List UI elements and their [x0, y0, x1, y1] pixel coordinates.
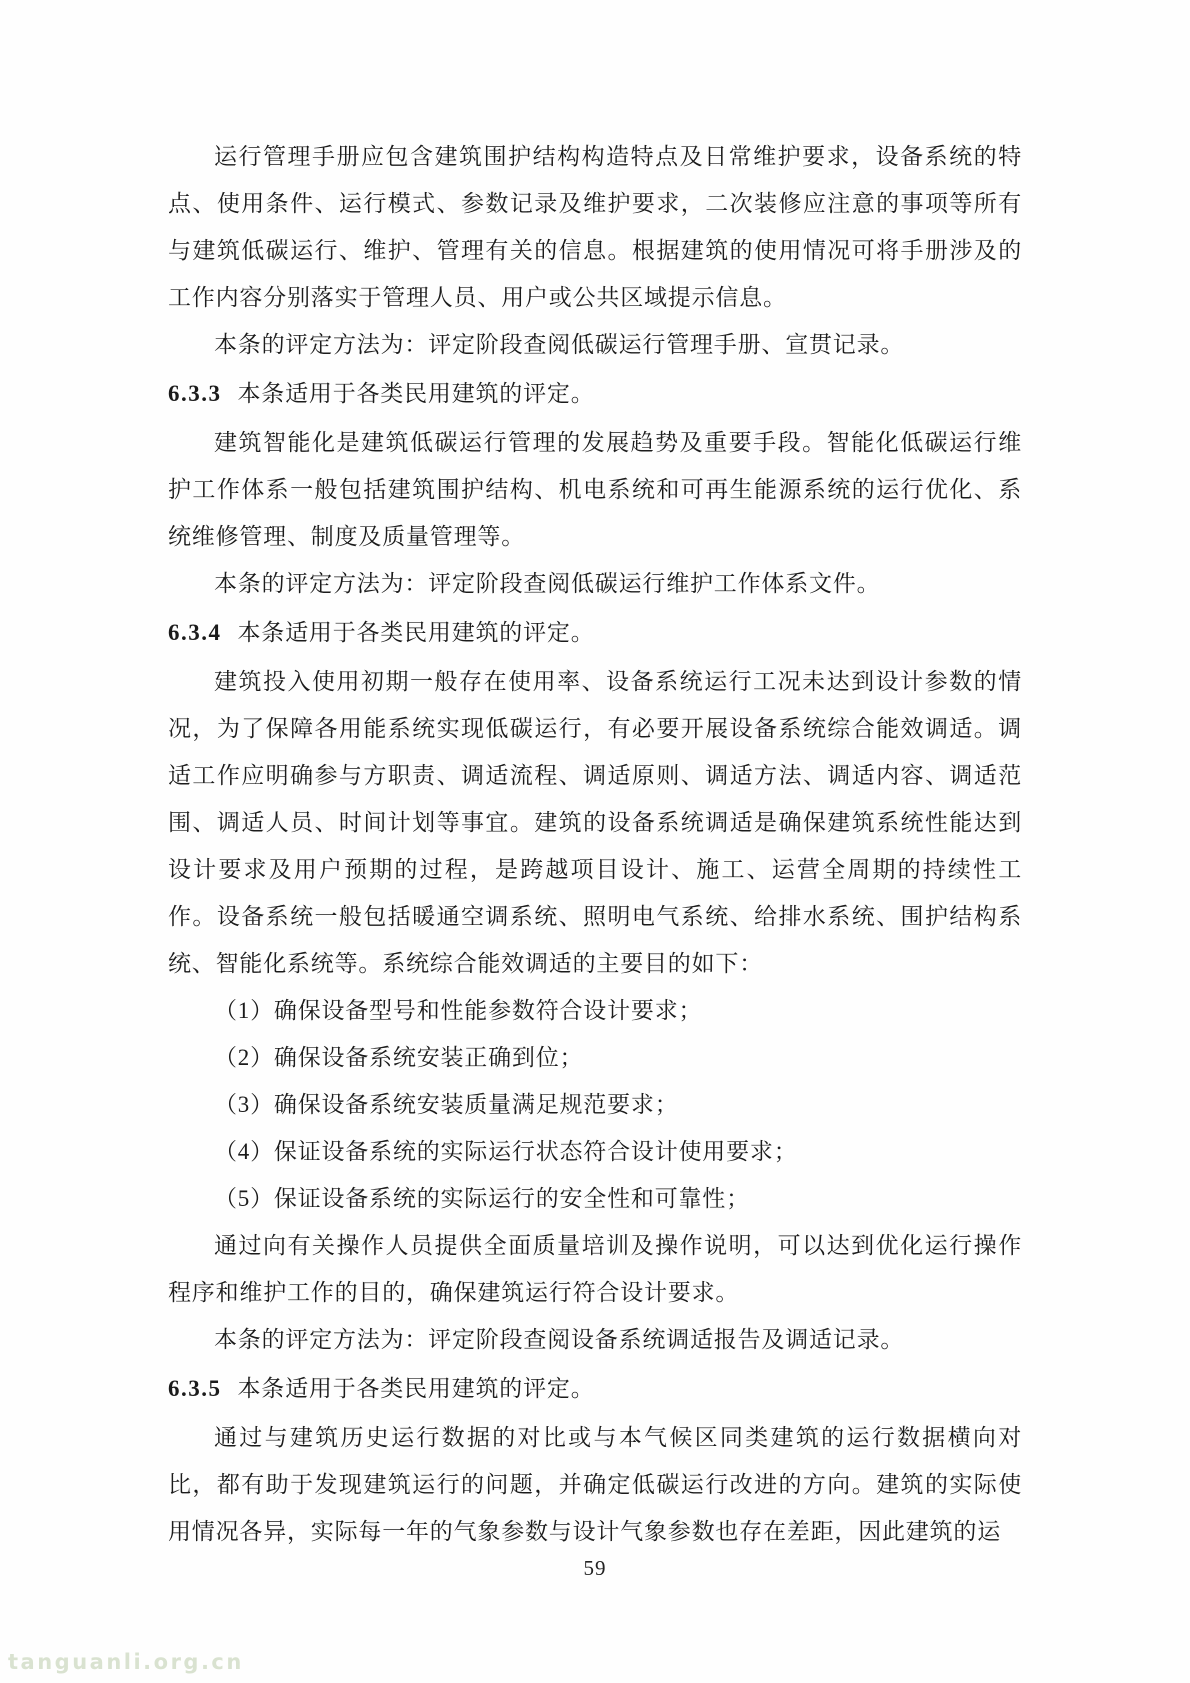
clause-heading-6-3-3: 6.3.3本条适用于各类民用建筑的评定。 — [168, 370, 1022, 417]
clause-heading-6-3-4: 6.3.4本条适用于各类民用建筑的评定。 — [168, 609, 1022, 656]
paragraph-commissioning-overview: 建筑投入使用初期一般存在使用率、设备系统运行工况未达到设计参数的情况，为了保障各… — [168, 658, 1022, 987]
list-item-4: （4）保证设备系统的实际运行状态符合设计使用要求； — [168, 1128, 1022, 1175]
list-item-5: （5）保证设备系统的实际运行的安全性和可靠性； — [168, 1175, 1022, 1222]
clause-text: 本条适用于各类民用建筑的评定。 — [238, 1376, 595, 1401]
watermark-text: tanguanli.org.cn — [8, 1650, 244, 1674]
document-body: 运行管理手册应包含建筑围护结构构造特点及日常维护要求，设备系统的特点、使用条件、… — [168, 133, 1022, 1555]
clause-number: 6.3.4 — [168, 620, 222, 645]
list-item-1: （1）确保设备型号和性能参数符合设计要求； — [168, 987, 1022, 1034]
paragraph-assessment-method-6-3-4: 本条的评定方法为：评定阶段查阅设备系统调适报告及调适记录。 — [168, 1316, 1022, 1363]
paragraph-operation-manual: 运行管理手册应包含建筑围护结构构造特点及日常维护要求，设备系统的特点、使用条件、… — [168, 133, 1022, 321]
paragraph-building-intelligence: 建筑智能化是建筑低碳运行管理的发展趋势及重要手段。智能化低碳运行维护工作体系一般… — [168, 419, 1022, 560]
clause-number: 6.3.5 — [168, 1376, 222, 1401]
list-item-2: （2）确保设备系统安装正确到位； — [168, 1034, 1022, 1081]
document-page: 运行管理手册应包含建筑围护结构构造特点及日常维护要求，设备系统的特点、使用条件、… — [0, 0, 1190, 1683]
list-item-3: （3）确保设备系统安装质量满足规范要求； — [168, 1081, 1022, 1128]
clause-number: 6.3.3 — [168, 381, 222, 406]
paragraph-training: 通过向有关操作人员提供全面质量培训及操作说明，可以达到优化运行操作程序和维护工作… — [168, 1222, 1022, 1316]
paragraph-assessment-method-6-3-3: 本条的评定方法为：评定阶段查阅低碳运行维护工作体系文件。 — [168, 560, 1022, 607]
paragraph-data-comparison: 通过与建筑历史运行数据的对比或与本气候区同类建筑的运行数据横向对比，都有助于发现… — [168, 1414, 1022, 1555]
page-number: 59 — [0, 1556, 1190, 1581]
clause-text: 本条适用于各类民用建筑的评定。 — [238, 381, 595, 406]
paragraph-assessment-method-6-3-2: 本条的评定方法为：评定阶段查阅低碳运行管理手册、宣贯记录。 — [168, 321, 1022, 368]
clause-text: 本条适用于各类民用建筑的评定。 — [238, 620, 595, 645]
clause-heading-6-3-5: 6.3.5本条适用于各类民用建筑的评定。 — [168, 1365, 1022, 1412]
